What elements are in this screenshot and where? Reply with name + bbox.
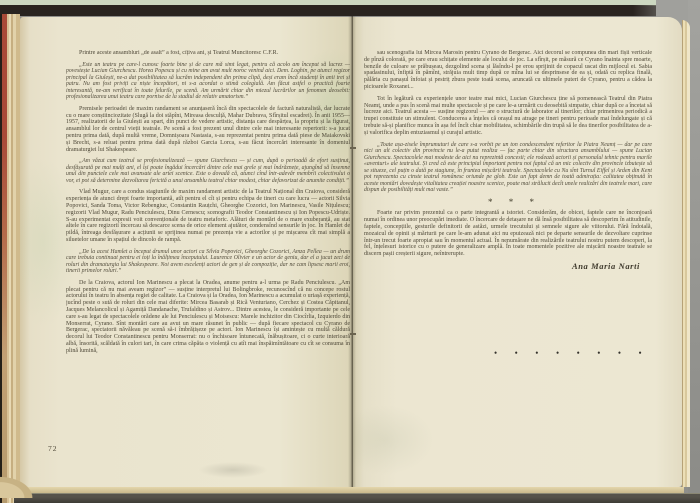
pencil-smudge: [198, 462, 268, 478]
quote-block: „Este un teatru pe care-l cunosc foarte …: [66, 62, 350, 101]
left-page-text-column: Printre aceste ansambluri „de asalt” a f…: [66, 50, 350, 360]
paragraph: Printre aceste ansambluri „de asalt” a f…: [66, 50, 350, 57]
book-scan: Printre aceste ansambluri „de asalt” a f…: [0, 0, 700, 503]
paragraph: sau scenografia lui Mircea Marosin pentr…: [364, 50, 652, 91]
book-page-edges-left: [0, 14, 20, 503]
binding-stitch: [350, 333, 356, 335]
book-cover-bottom-edge: [14, 493, 700, 503]
page-number: 72: [48, 444, 58, 453]
quote-block: „Toate așa-zisele împrumuturi de care s-…: [364, 142, 652, 194]
book-cover-top-edge: [0, 5, 688, 16]
book-page-edges-right: [682, 20, 690, 487]
binding-stitch: [350, 147, 356, 149]
paragraph: Foarte rar privim prezentul ca o parte i…: [364, 210, 652, 258]
quote-block: „De la acest Hamlet a început drumul uno…: [66, 249, 350, 275]
paragraph: Tot în legătură cu experiențele unor tea…: [364, 96, 652, 137]
paragraph: Premisele perioadei de maxim randament s…: [66, 106, 350, 154]
quote-block: „Am văzut cum teatrul se profesionalizea…: [66, 158, 350, 184]
paragraph: Vlad Mugur, care a condus stagiunile de …: [66, 189, 350, 243]
stacked-page-edges: [7, 14, 20, 503]
author-signature: Ana Maria Narti: [364, 263, 652, 270]
bottom-left-page-corner: [0, 468, 34, 498]
asterisk-separator: * * *: [364, 199, 652, 206]
right-page-text-column: sau scenografia lui Mircea Marosin pentr…: [364, 50, 652, 275]
paragraph: De la Craiova, actorul Ion Marinescu a p…: [66, 280, 350, 355]
dots-ornament: ••••••••: [494, 348, 659, 358]
